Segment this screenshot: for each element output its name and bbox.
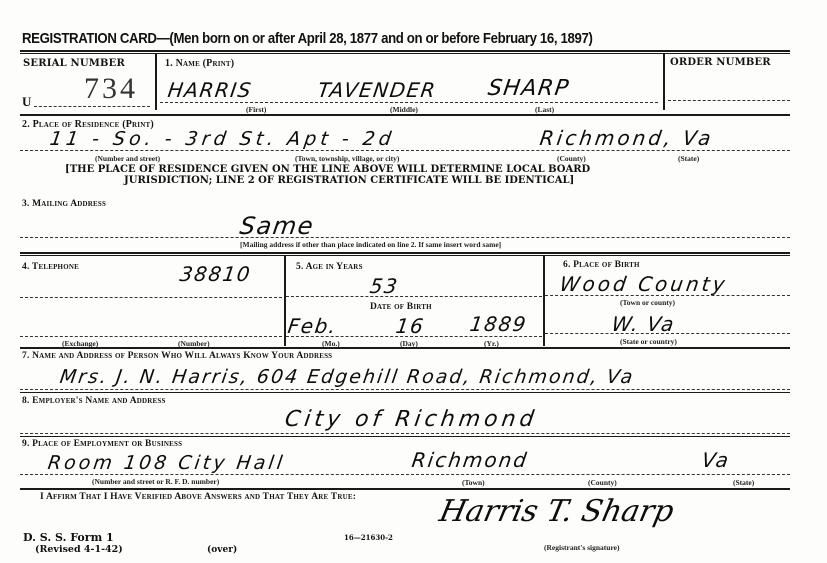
mailing-address-label: 3. Mailing Address [22,199,106,209]
divider [663,54,665,110]
divider [20,114,790,116]
caption-employment-town: (Town) [462,478,485,487]
age-value: 53 [368,274,400,298]
divider [20,436,790,437]
caption-state-or-country: (State or country) [620,337,677,346]
registrant-signature: Harris T. Sharp [436,494,677,529]
residence-notice-line1: [THE PLACE OF RESIDENCE GIVEN ON THE LIN… [65,164,795,175]
order-number-field [668,100,790,101]
over-note: (over) [207,545,237,555]
residence-street-value: 11 - So. - 3rd St. Apt - 2d [48,128,396,150]
divider [20,488,790,490]
signature-caption: (Registrant's signature) [544,543,619,552]
employer-underline [20,433,790,434]
divider [20,347,790,349]
mailing-caption: [Mailing address if other than place ind… [240,240,501,249]
mailing-underline [20,237,790,238]
name-label: 1. Name (Print) [165,58,234,69]
birth-month-value: Feb. [286,314,338,338]
telephone-underline [20,297,282,298]
caption-county: (County) [557,154,586,163]
card-title: REGISTRATION CARD—(Men born on or after … [22,30,593,47]
telephone-number-underline [20,336,282,337]
divider [284,256,286,346]
name-underline [160,102,658,103]
form-revision: (Revised 4-1-42) [35,544,123,555]
employment-underline [20,474,790,475]
caption-street-rfd: (Number and street or R. F. D. number) [92,477,219,486]
employment-street-value: Room 108 City Hall [46,452,286,474]
date-of-birth-label: Date of Birth [370,302,432,312]
divider [155,54,157,110]
affirmation-text: I Affirm That I Have Verified Above Answ… [40,492,356,502]
serial-number-label: SERIAL NUMBER [23,58,125,69]
contact-underline [20,389,790,390]
caption-employment-state: (State) [733,478,754,487]
form-number: D. S. S. Form 1 [23,531,114,544]
contact-person-label: 7. Name and Address of Person Who Will A… [22,351,332,361]
caption-employment-county: (County) [588,478,617,487]
telephone-value: 38810 [178,262,252,286]
divider [20,50,790,54]
middle-name-value: TAVENDER [316,78,438,102]
employer-value: City of Richmond [283,407,539,432]
print-code: 16—21630-2 [344,533,393,542]
employment-town-value: Richmond [410,448,530,472]
residence-county-value: Richmond, Va [538,126,715,150]
employer-label: 8. Employer's Name and Address [22,396,166,406]
telephone-label: 4. Telephone [22,262,79,272]
caption-town: (Town, township, village, or city) [295,154,399,163]
birth-day-value: 16 [394,314,426,338]
employment-state-value: Va [700,448,731,472]
serial-underline [34,106,150,107]
last-caption: (Last) [535,105,554,114]
divider [20,392,790,393]
birthplace-town-value: Wood County [558,272,729,296]
caption-street: (Number and street) [95,154,160,163]
employment-label: 9. Place of Employment or Business [22,439,182,449]
serial-prefix: U [22,94,32,110]
divider [20,252,790,256]
birthplace-state-underline [545,333,790,334]
residence-underline [20,150,790,151]
serial-number-value: 734 [84,72,138,106]
contact-person-value: Mrs. J. N. Harris, 604 Edgehill Road, Ri… [58,366,635,388]
birthplace-label: 6. Place of Birth [563,260,640,270]
age-label: 5. Age in Years [296,262,363,272]
birth-year-value: 1889 [468,312,528,336]
order-number-label: ORDER NUMBER [670,57,771,68]
first-name-value: HARRIS [166,78,253,102]
caption-state: (State) [678,154,699,163]
birthplace-town-underline [545,295,790,296]
middle-caption: (Middle) [390,105,418,114]
residence-notice-line2: JURISDICTION; LINE 2 OF REGISTRATION CER… [124,175,724,186]
caption-town-or-county: (Town or county) [620,298,675,307]
age-underline [286,296,542,297]
dob-underline [286,336,542,337]
last-name-value: SHARP [486,76,571,101]
mailing-address-value: Same [238,212,316,240]
first-caption: (First) [246,105,266,114]
registration-card: REGISTRATION CARD—(Men born on or after … [0,0,827,563]
